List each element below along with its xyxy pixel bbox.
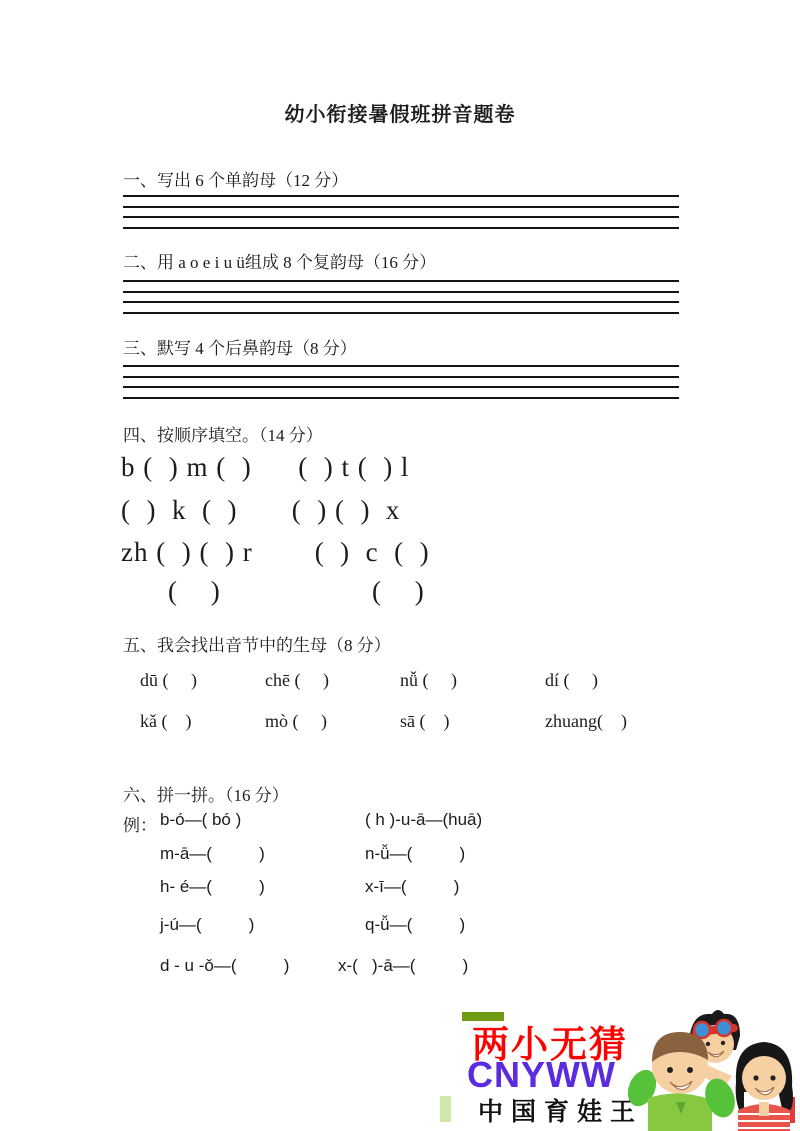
grid-line: [123, 312, 679, 314]
grid-line: [123, 195, 679, 197]
fill-in-row-3: zh ( ) ( ) r ( ) c ( ): [121, 537, 430, 568]
writing-grid-1: [123, 195, 679, 229]
example-label: 例：: [123, 811, 157, 836]
grid-line: [123, 280, 679, 282]
spell-left: m-ā—( ): [160, 844, 365, 864]
syllable-item: dū ( ): [140, 670, 265, 691]
grid-line: [123, 291, 679, 293]
grid-line: [123, 216, 679, 218]
section-6-heading: 六、拼一拼。（16 分）: [123, 781, 289, 806]
section-2-heading: 二、用 a o e i u ü组成 8 个复韵母（16 分）: [123, 248, 436, 273]
syllable-item: kǎ ( ): [140, 711, 265, 732]
syllable-row-1: dū ( ) chē ( ) nǚ ( ) dí ( ): [140, 670, 680, 691]
section-5-heading: 五、我会找出音节中的生母（8 分）: [123, 631, 391, 656]
fill-in-row-4-right: ( ): [372, 576, 424, 607]
spell-left: j-ú—( ): [160, 915, 365, 935]
worksheet-page: 幼小衔接暑假班拼音题卷 一、写出 6 个单韵母（12 分） 二、用 a o e …: [0, 0, 800, 1131]
spell-row: h- é—( ) x-ī—( ): [160, 877, 459, 897]
writing-grid-3: [123, 365, 679, 399]
syllable-item: mò ( ): [265, 711, 400, 732]
section-4-heading: 四、按顺序填空。（14 分）: [123, 421, 323, 446]
fill-in-row-4-left: ( ): [168, 576, 220, 607]
kids-illustration: [628, 1006, 800, 1131]
syllable-item: nǚ ( ): [400, 670, 545, 691]
grid-line: [123, 365, 679, 367]
spell-row: m-ā—( ) n-ǚ—( ): [160, 844, 465, 864]
spell-example-row: b-ó—( bó ) ( h )-u-ā—(huā): [160, 810, 482, 830]
spell-right: x-ī—( ): [365, 877, 459, 897]
brand-subtitle: 中国育娃王: [478, 1092, 643, 1128]
spell-left: d - u -ǒ—( ): [160, 956, 338, 976]
fill-in-row-2: ( ) k ( ) ( ) ( ) x: [121, 495, 400, 526]
grid-line: [123, 376, 679, 378]
section-3-heading: 三、默写 4 个后鼻韵母（8 分）: [123, 334, 357, 359]
grid-line: [123, 227, 679, 229]
syllable-item: sā ( ): [400, 711, 545, 732]
grid-line: [123, 301, 679, 303]
syllable-item: dí ( ): [545, 670, 680, 691]
spell-right: x-( )-ā—( ): [338, 956, 468, 976]
lightgreen-accent-bar: [440, 1096, 451, 1122]
spell-example-right: ( h )-u-ā—(huā): [365, 810, 482, 830]
syllable-item: chē ( ): [265, 670, 400, 691]
grid-line: [123, 397, 679, 399]
syllable-row-2: kǎ ( ) mò ( ) sā ( ) zhuang( ): [140, 711, 680, 732]
spell-right: q-ǚ—( ): [365, 915, 465, 935]
spell-row: j-ú—( ) q-ǚ—( ): [160, 915, 465, 935]
spell-row: d - u -ǒ—( ) x-( )-ā—( ): [160, 956, 468, 976]
spell-example-left: b-ó—( bó ): [160, 810, 365, 830]
fill-in-row-1: b ( ) m ( ) ( ) t ( ) l: [121, 452, 409, 483]
spell-right: n-ǚ—( ): [365, 844, 465, 864]
syllable-item: zhuang( ): [545, 711, 680, 732]
kid-red-shirt: [736, 1042, 793, 1131]
section-1-heading: 一、写出 6 个单韵母（12 分）: [123, 166, 348, 191]
spell-left: h- é—( ): [160, 877, 365, 897]
page-title: 幼小衔接暑假班拼音题卷: [0, 98, 800, 127]
grid-line: [123, 386, 679, 388]
writing-grid-2: [123, 280, 679, 314]
brand-name-en: CNYWW: [467, 1054, 616, 1096]
grid-line: [123, 206, 679, 208]
